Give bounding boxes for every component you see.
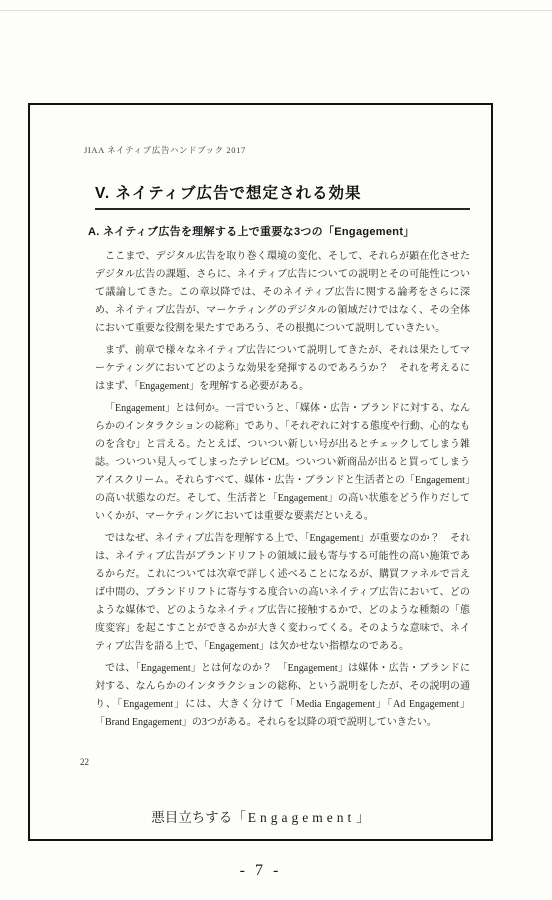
section-heading: A. ネイティブ広告を理解する上で重要な3つの「Engagement」 [88,223,470,239]
page-frame: JIAA ネイティブ広告ハンドブック 2017 V. ネイティブ広告で想定される… [28,103,493,841]
paragraph-4: ではなぜ、ネイティブ広告を理解する上で、「Engagement」が重要なのか？ … [95,530,470,656]
inner-page-number: 22 [80,757,89,767]
outer-page-number: - 7 - [28,862,493,880]
paragraph-5: では、「Engagement」とは何なのか？ 「Engagement」は媒体・広… [95,660,470,732]
chapter-title: V. ネイティブ広告で想定される効果 [95,181,470,210]
scan-artifact-line [0,10,552,11]
footer-caption: 悪目立ちする「Engagement」 [30,806,491,826]
page-content: JIAA ネイティブ広告ハンドブック 2017 V. ネイティブ広告で想定される… [30,105,491,732]
footer-caption-word: Engagement [248,810,355,825]
paragraph-2: まず、前章で様々なネイティブ広告について説明してきたが、それは果たしてマーケティ… [95,342,470,396]
body-text: ここまで、デジタル広告を取り巻く環境の変化、そして、それらが顕在化させたデジタル… [95,248,470,732]
scanned-page-background: { "document": { "header": "JIAA ネイティブ広告ハ… [0,0,552,900]
footer-caption-prefix: 悪目立ちする「 [151,810,246,825]
running-header: JIAA ネイティブ広告ハンドブック 2017 [84,144,470,156]
footer-caption-suffix: 」 [356,810,370,825]
paragraph-3: 「Engagement」とは何か。一言でいうと、「媒体・広告・ブランドに対する、… [95,400,470,526]
paragraph-1: ここまで、デジタル広告を取り巻く環境の変化、そして、それらが顕在化させたデジタル… [95,248,470,338]
